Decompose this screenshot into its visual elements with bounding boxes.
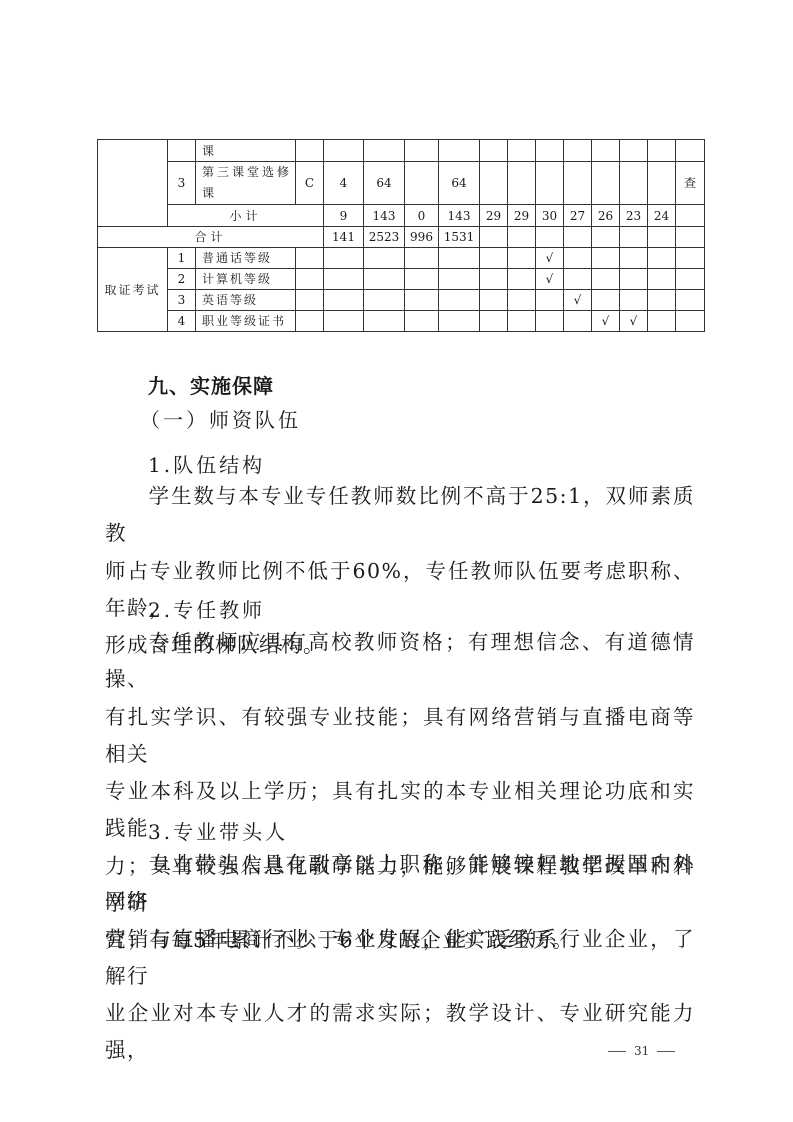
credits-cell: 141 xyxy=(324,227,364,248)
index-cell: 3 xyxy=(168,162,196,205)
check-cell xyxy=(620,269,648,290)
course-name-cell: 第三课堂选修课 xyxy=(196,162,296,205)
semester-hours-cell: 30 xyxy=(536,205,564,227)
index-cell: 3 xyxy=(168,290,196,311)
course-type-cell: C xyxy=(296,162,324,205)
theory-hours-cell xyxy=(405,162,439,205)
table-row-subtotal: 小计 9 143 0 143 29 29 30 27 26 23 24 xyxy=(98,205,705,227)
total-label: 合计 xyxy=(98,227,324,248)
item-heading-team-structure: 1.队伍结构 xyxy=(148,449,265,478)
page-number: 31 xyxy=(608,1044,675,1058)
table-row-course-continued: 课 xyxy=(98,140,705,162)
check-cell xyxy=(648,269,676,290)
check-cell xyxy=(648,290,676,311)
check-cell xyxy=(508,269,536,290)
practice-hours-cell: 64 xyxy=(439,162,480,205)
category-cell-empty xyxy=(98,140,168,227)
table-row-third-class-elective: 3 第三课堂选修课 C 4 64 64 查 xyxy=(98,162,705,205)
check-cell xyxy=(480,269,508,290)
check-cell xyxy=(508,290,536,311)
practice-hours-cell: 1531 xyxy=(439,227,480,248)
check-cell xyxy=(508,311,536,332)
dash-decoration xyxy=(657,1051,675,1052)
semester-hours-cell: 26 xyxy=(592,205,620,227)
theory-hours-cell: 0 xyxy=(405,205,439,227)
check-cell xyxy=(536,311,564,332)
check-cell: √ xyxy=(536,248,564,269)
semester-hours-cell: 29 xyxy=(480,205,508,227)
check-cell xyxy=(480,248,508,269)
semester-hours-cell: 23 xyxy=(620,205,648,227)
remark-cell: 查 xyxy=(676,162,705,205)
check-cell: √ xyxy=(564,290,592,311)
practice-hours-cell: 143 xyxy=(439,205,480,227)
index-cell: 2 xyxy=(168,269,196,290)
certification-group-label: 取证考试 xyxy=(98,248,168,332)
check-cell xyxy=(592,290,620,311)
check-cell xyxy=(536,290,564,311)
check-cell: √ xyxy=(536,269,564,290)
check-cell xyxy=(508,248,536,269)
course-name-cell: 课 xyxy=(196,140,296,162)
total-hours-cell: 143 xyxy=(364,205,405,227)
check-cell xyxy=(620,248,648,269)
check-cell xyxy=(564,248,592,269)
table-row-certification: 2 计算机等级 √ xyxy=(98,269,705,290)
check-cell xyxy=(564,311,592,332)
index-cell: 1 xyxy=(168,248,196,269)
check-cell xyxy=(480,290,508,311)
table-row-total: 合计 141 2523 996 1531 xyxy=(98,227,705,248)
subsection-title: （一）师资队伍 xyxy=(140,404,301,433)
check-cell xyxy=(592,269,620,290)
course-plan-table: 课 3 第三课堂选修课 C 4 64 64 查 小计 9 143 0 143 xyxy=(97,139,705,332)
certification-name: 计算机等级 xyxy=(196,269,296,290)
total-hours-cell: 2523 xyxy=(364,227,405,248)
check-cell: √ xyxy=(620,311,648,332)
dash-decoration xyxy=(608,1051,626,1052)
semester-hours-cell: 27 xyxy=(564,205,592,227)
certification-name: 职业等级证书 xyxy=(196,311,296,332)
index-cell: 4 xyxy=(168,311,196,332)
check-cell xyxy=(620,290,648,311)
total-hours-cell: 64 xyxy=(364,162,405,205)
table-row-certification: 4 职业等级证书 √ √ xyxy=(98,311,705,332)
table-row-certification: 3 英语等级 √ xyxy=(98,290,705,311)
check-cell xyxy=(564,269,592,290)
certification-name: 普通话等级 xyxy=(196,248,296,269)
semester-hours-cell: 29 xyxy=(508,205,536,227)
item-heading-full-time-teachers: 2.专任教师 xyxy=(148,594,265,623)
check-cell: √ xyxy=(592,311,620,332)
table-row-certification: 取证考试 1 普通话等级 √ xyxy=(98,248,705,269)
check-cell xyxy=(592,248,620,269)
credits-cell: 4 xyxy=(324,162,364,205)
paragraph-program-leader: 专业带头人具有副高以上职称，能够较好地把握国内外网络 营销与直播电商行业、专业发… xyxy=(105,846,695,1070)
check-cell xyxy=(648,248,676,269)
course-table-continuation: 课 3 第三课堂选修课 C 4 64 64 查 小计 9 143 0 143 xyxy=(97,139,705,332)
subtotal-label: 小计 xyxy=(168,205,324,227)
check-cell xyxy=(480,311,508,332)
section-title: 九、实施保障 xyxy=(148,370,274,399)
semester-hours-cell: 24 xyxy=(648,205,676,227)
certification-name: 英语等级 xyxy=(196,290,296,311)
theory-hours-cell: 996 xyxy=(405,227,439,248)
credits-cell: 9 xyxy=(324,205,364,227)
item-heading-program-leader: 3.专业带头人 xyxy=(148,816,288,845)
check-cell xyxy=(648,311,676,332)
